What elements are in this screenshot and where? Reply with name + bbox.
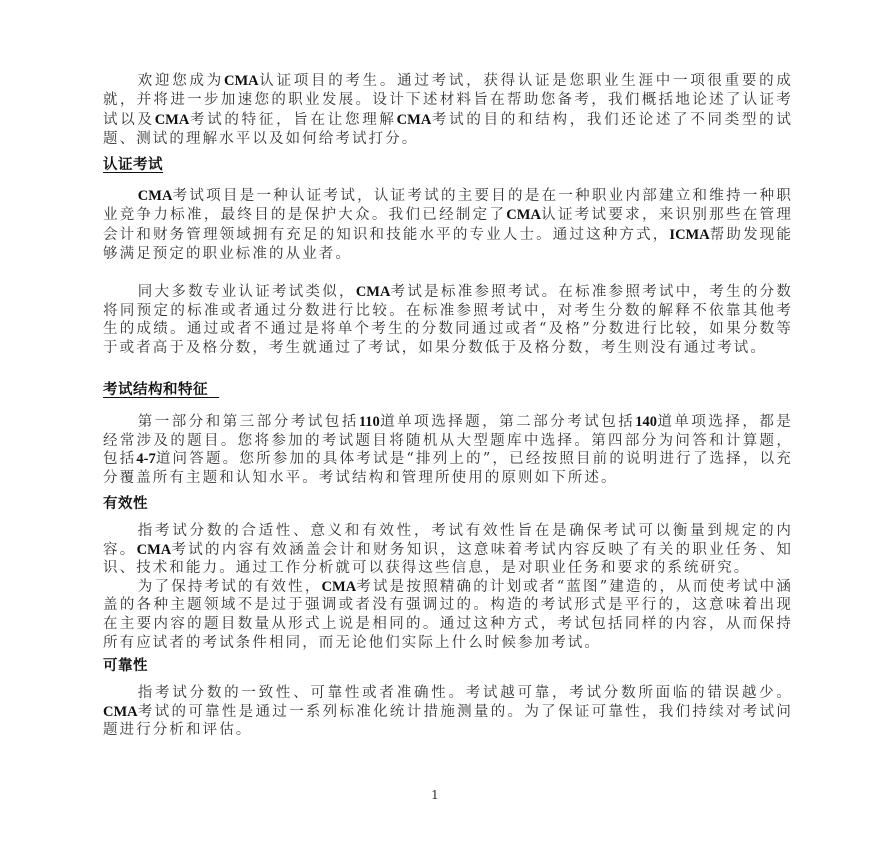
section-heading: 有效性 xyxy=(103,494,793,514)
paragraph: 为了保持考试的有效性，CMA考试是按照精确的计划或者“蓝图”建造的，从而使考试中… xyxy=(103,578,793,652)
latin-run: 4-7 xyxy=(136,451,155,467)
latin-run: CMA xyxy=(506,207,541,223)
section-certification-exam-body-2: 同大多数专业认证考试类似，CMA考试是标准参照考试。在标准参照考试中，考生的分数… xyxy=(103,283,793,357)
latin-run: CMA xyxy=(103,704,138,720)
intro-paragraph: 欢迎您成为CMA认证项目的考生。通过考试，获得认证是您职业生涯中一项很重要的成就… xyxy=(103,72,793,149)
paragraph: CMA考试项目是一种认证考试，认证考试的主要目的是在一种职业内部建立和维持一种职… xyxy=(103,187,793,264)
latin-run: CMA xyxy=(356,284,391,300)
section-certification-exam: 认证考试 xyxy=(103,155,793,175)
latin-run: 110 xyxy=(359,414,380,430)
section-heading: 可靠性 xyxy=(103,656,793,676)
section-heading: 认证考试 xyxy=(103,155,793,175)
intro-section: 欢迎您成为CMA认证项目的考生。通过考试，获得认证是您职业生涯中一项很重要的成就… xyxy=(103,72,793,149)
section-validity: 有效性 xyxy=(103,494,793,514)
paragraph: 同大多数专业认证考试类似，CMA考试是标准参照考试。在标准参照考试中，考生的分数… xyxy=(103,283,793,357)
latin-run: CMA xyxy=(397,112,432,128)
paragraph: 指考试分数的合适性、意义和有效性，考试有效性旨在是确保考试可以衡量到规定的内容。… xyxy=(103,522,793,578)
latin-run: ICMA xyxy=(669,227,709,243)
latin-run: CMA xyxy=(137,542,172,558)
section-exam-structure: 考试结构和特征 xyxy=(103,380,793,400)
section-validity-body: 指考试分数的合适性、意义和有效性，考试有效性旨在是确保考试可以衡量到规定的内容。… xyxy=(103,522,793,652)
latin-run: CMA xyxy=(155,112,190,128)
paragraph: 第一部分和第三部分考试包括110道单项选择题，第二部分考试包括140道单项选择，… xyxy=(103,413,793,487)
section-heading: 考试结构和特征 xyxy=(103,380,793,400)
section-reliability-body: 指考试分数的一致性、可靠性或者准确性。考试越可靠，考试分数所面临的错误越少。CM… xyxy=(103,684,793,740)
section-certification-exam-body: CMA考试项目是一种认证考试，认证考试的主要目的是在一种职业内部建立和维持一种职… xyxy=(103,187,793,264)
page-number: 1 xyxy=(428,788,442,802)
latin-run: 140 xyxy=(635,414,657,430)
section-exam-structure-body: 第一部分和第三部分考试包括110道单项选择题，第二部分考试包括140道单项选择，… xyxy=(103,413,793,487)
latin-run: CMA xyxy=(322,579,357,595)
latin-run: CMA xyxy=(224,73,259,89)
document-page: 欢迎您成为CMA认证项目的考生。通过考试，获得认证是您职业生涯中一项很重要的成就… xyxy=(0,0,870,842)
paragraph: 指考试分数的一致性、可靠性或者准确性。考试越可靠，考试分数所面临的错误越少。CM… xyxy=(103,684,793,740)
latin-run: CMA xyxy=(138,188,173,204)
section-reliability: 可靠性 xyxy=(103,656,793,676)
section-heading-text: 考试结构和特征 xyxy=(103,382,208,398)
